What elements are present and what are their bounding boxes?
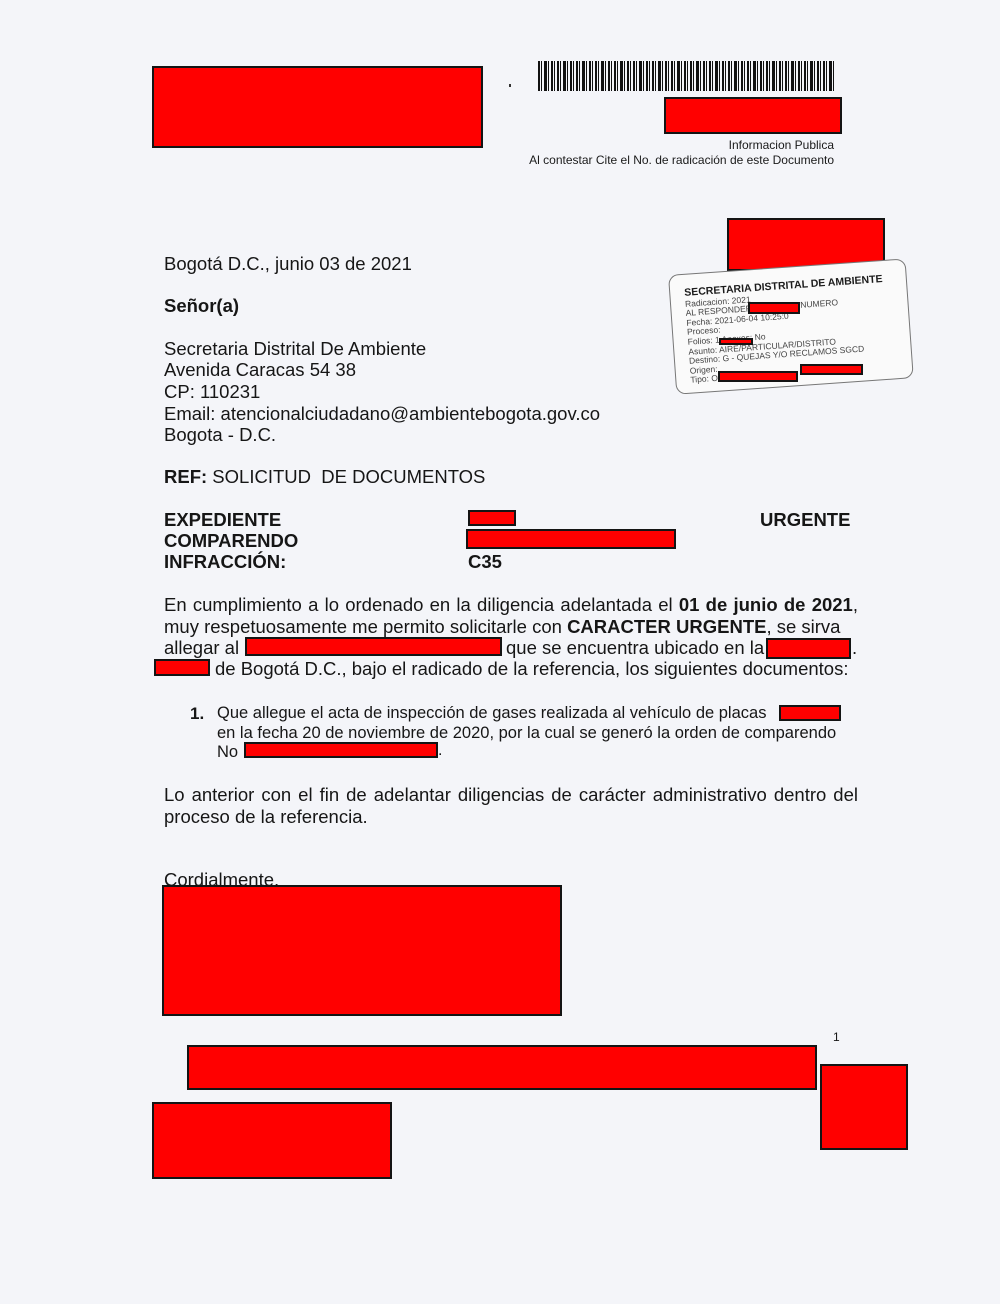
list-item-line: Que allegue el acta de inspección de gas… [217, 704, 847, 724]
redacted-signature [162, 885, 562, 1016]
redacted-stamp-destino [800, 364, 863, 375]
redacted-footer-logo [820, 1064, 908, 1150]
redacted-footer-line [187, 1045, 817, 1090]
scan-speck [509, 84, 511, 87]
list-item-number: 1. [190, 704, 204, 724]
recipient-name: Secretaria Distrital De Ambiente [164, 338, 426, 359]
body-line-4: de Bogotá D.C., bajo el radicado de la r… [215, 658, 849, 679]
redacted-stamp-proceso [719, 338, 753, 345]
redacted-comparendo-number [244, 742, 438, 758]
salutation: Señor(a) [164, 295, 239, 316]
body-line-3b: que se encuentra ubicado en la [506, 637, 764, 658]
date-line: Bogotá D.C., junio 03 de 2021 [164, 253, 412, 274]
urgent-character: CARACTER URGENTE [567, 616, 766, 637]
recipient-city: Bogota - D.C. [164, 424, 276, 445]
comparendo-label: COMPARENDO [164, 530, 298, 551]
redacted-address [766, 638, 851, 659]
redacted-sender-block [152, 66, 483, 148]
recipient-postal-code: CP: 110231 [164, 381, 260, 402]
body-text: En cumplimiento a lo ordenado en la dili… [164, 594, 679, 615]
period-mark: . [852, 637, 857, 658]
redacted-stamp-radicacion [748, 302, 800, 314]
list-item-line: en la fecha 20 de noviembre de 2020, por… [217, 724, 847, 744]
period-mark: . [438, 742, 442, 760]
redacted-stamp-origen [718, 371, 798, 382]
redacted-footer-block [152, 1102, 392, 1179]
diligence-date: 01 de junio de 2021 [679, 594, 853, 615]
page-number: 1 [833, 1030, 840, 1044]
redacted-entity [245, 637, 502, 656]
body-text: , se sirva [766, 616, 840, 637]
reference-line: REF: SOLICITUD DE DOCUMENTOS [164, 466, 485, 487]
expediente-label: EXPEDIENTE [164, 509, 281, 530]
body-line-3a: allegar al [164, 637, 239, 658]
closing-paragraph: Lo anterior con el fin de adelantar dili… [164, 784, 858, 827]
redacted-address-2 [154, 659, 210, 676]
cite-instruction: Al contestar Cite el No. de radicación d… [529, 153, 834, 167]
reference-label: REF: [164, 466, 207, 487]
redacted-expediente [468, 510, 516, 526]
reference-text: SOLICITUD DE DOCUMENTOS [207, 466, 485, 487]
body-paragraph: En cumplimiento a lo ordenado en la dili… [164, 594, 858, 637]
recipient-email: Email: atencionalciudadano@ambientebogot… [164, 403, 600, 424]
recipient-address: Avenida Caracas 54 38 [164, 359, 356, 380]
redacted-comparendo [466, 529, 676, 549]
infraccion-value: C35 [468, 551, 502, 572]
redacted-plate [779, 705, 841, 721]
redacted-radicado-number [664, 97, 842, 134]
infraccion-label: INFRACCIÓN: [164, 551, 286, 572]
public-info-label: Informacion Publica [729, 138, 834, 152]
barcode [538, 61, 835, 91]
urgent-label: URGENTE [760, 509, 850, 530]
